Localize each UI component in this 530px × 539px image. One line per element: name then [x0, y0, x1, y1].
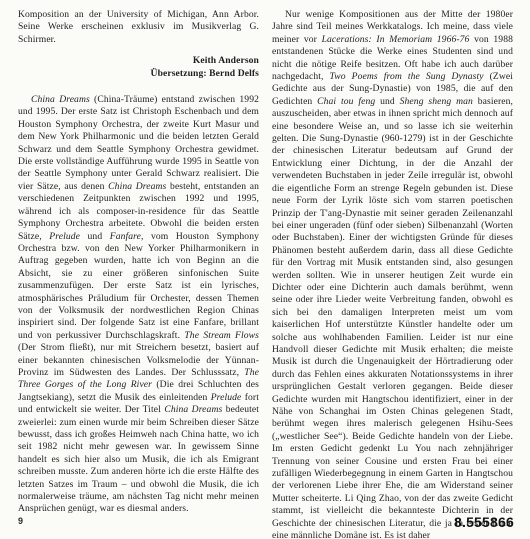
catalog-number: 8.555866 [454, 514, 514, 530]
left-column: Komposition an der University of Michiga… [18, 9, 259, 539]
right-column: Nur wenige Kompositionen aus der Mitte d… [272, 9, 513, 539]
credits-block: Keith Anderson Übersetzung: Bernd Delfs [18, 55, 259, 80]
booklet-page: Komposition an der University of Michiga… [0, 0, 530, 539]
china-dreams-paragraph: China Dreams (China-Träume) entstand zwi… [18, 94, 259, 516]
composer-bio-continuation: Komposition an der University of Michiga… [18, 9, 259, 46]
credit-author: Keith Anderson [18, 55, 259, 67]
credit-translator: Übersetzung: Bernd Delfs [18, 68, 259, 80]
page-number: 9 [18, 516, 23, 526]
sung-dynasty-paragraph: Nur wenige Kompositionen aus der Mitte d… [272, 9, 513, 539]
